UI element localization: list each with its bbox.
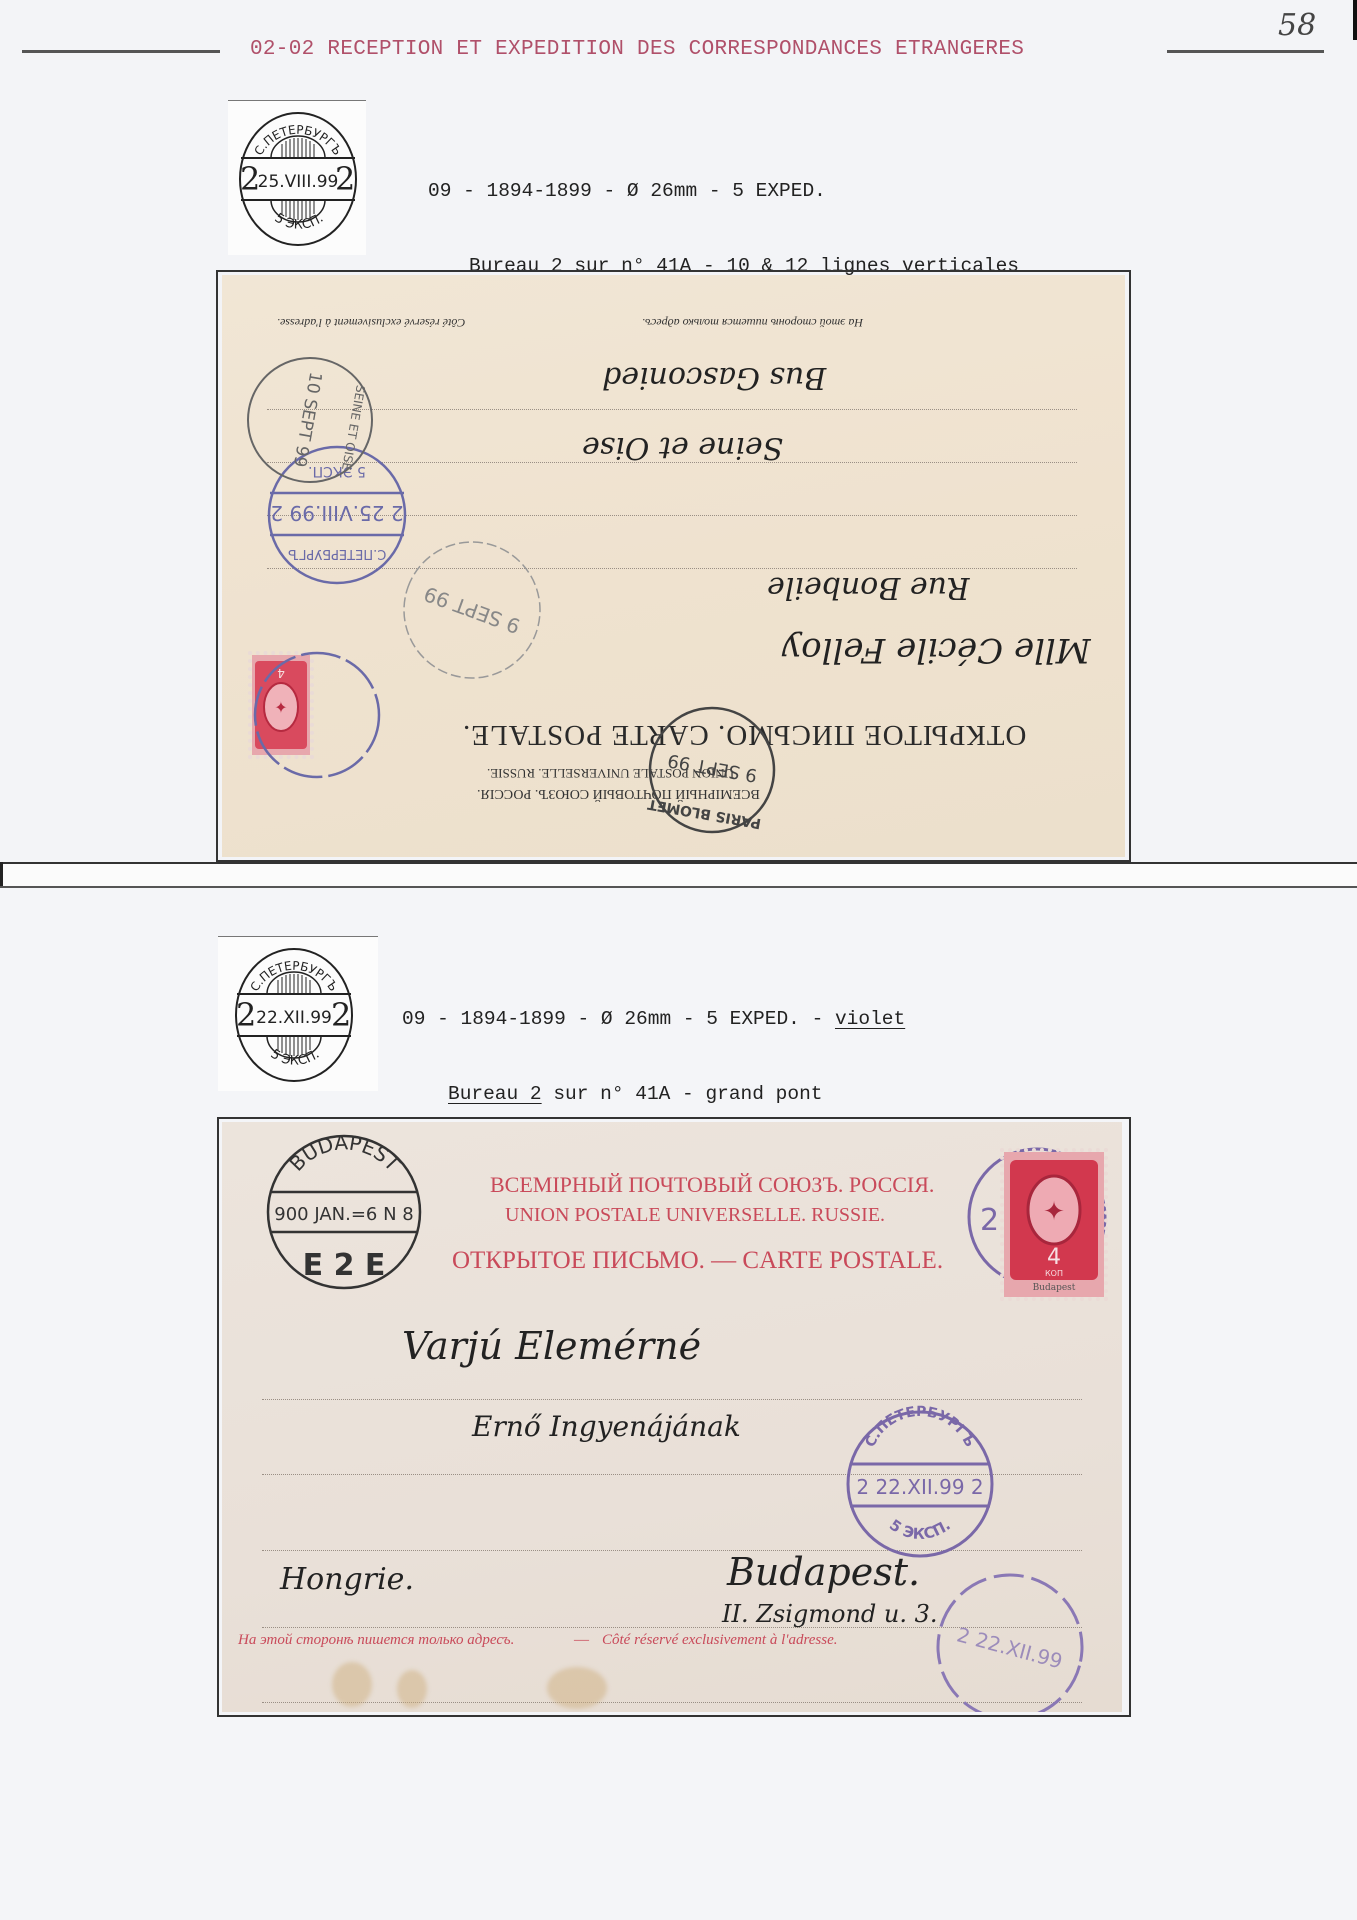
svg-text:E 2 E: E 2 E (303, 1248, 386, 1283)
album-page: 02-02 RECEPTION ET EXPEDITION DES CORRES… (0, 0, 1357, 1920)
svg-text:2 25.VIII.99 2: 2 25.VIII.99 2 (270, 501, 403, 525)
stain (547, 1667, 607, 1709)
handwritten-address: Ernő Ingyenájának (472, 1410, 741, 1443)
page-title: 02-02 RECEPTION ET EXPEDITION DES CORRES… (250, 38, 1024, 61)
svg-text:SEINE ET OISE: SEINE ET OISE (339, 384, 368, 471)
stain (397, 1670, 427, 1708)
postmark-illustration-1: С.ПЕТЕРБУРГЪ 5 ЭКСП. 2 25.VIII.99 2 (228, 100, 366, 255)
description-line: 09 - 1894-1899 - Ø 26mm - 5 EXPED. - vio… (402, 1007, 928, 1032)
description-line: Bureau 2 sur n° 41A - grand pont (402, 1082, 928, 1107)
svg-text:КОП: КОП (1045, 1269, 1063, 1278)
seine-et-oise-cancel-icon: SEINE ET OISE 10 SEPT 99 (240, 350, 380, 490)
postage-stamp-2: ✦ 4 КОП Budapest (1004, 1152, 1104, 1297)
postcard-1: На этой сторонѣ пишется только адресъ. C… (222, 275, 1125, 857)
svg-text:Budapest: Budapest (1033, 1283, 1076, 1293)
svg-text:22.XII.99: 22.XII.99 (256, 1008, 332, 1028)
postmark-icon: С.ПЕТЕРБУРГЪ 5 ЭКСП. 2 25.VIII.99 2 (236, 108, 360, 250)
transit-cancel-icon: 9 SEPT 99 (397, 535, 547, 685)
svg-text:5 ЭКСП.: 5 ЭКСП. (272, 211, 327, 233)
stamp-cancel-icon (247, 645, 387, 785)
svg-text:25.VIII.99: 25.VIII.99 (258, 172, 339, 192)
card-title: ОТКРЫТОЕ ПИСЬМО. — CARTE POSTALE. (452, 1247, 943, 1275)
card-footer-ru: На этой сторонѣ пишется только адресъ. (238, 1632, 514, 1649)
budapest-cancel-icon: BUDAPEST 900 JAN.=6 N 8 E 2 E (262, 1130, 427, 1295)
stain (332, 1662, 372, 1707)
header-rule-right (1167, 50, 1324, 53)
svg-text:10 SEPT 99: 10 SEPT 99 (289, 370, 325, 468)
postmark-icon: С.ПЕТЕРБУРГЪ 5 ЭКСП. 2 22.XII.99 2 (232, 944, 356, 1086)
imperial-eagle-stamp-icon: ✦ 4 КОП Budapest (1004, 1152, 1104, 1297)
svg-text:С.ПЕТЕРБУРГЪ: С.ПЕТЕРБУРГЪ (862, 1404, 977, 1450)
page-number: 58 (1278, 8, 1316, 43)
svg-text:2 22.XII.99 2: 2 22.XII.99 2 (856, 1475, 983, 1499)
postmark-illustration-2: С.ПЕТЕРБУРГЪ 5 ЭКСП. 2 22.XII.99 2 (218, 936, 378, 1091)
handwritten-address: Mlle Cécile Felloy (782, 630, 1091, 670)
svg-text:2 22.XII.99: 2 22.XII.99 (954, 1622, 1065, 1673)
card-footer-fr: Côté réservé exclusivement à l'adresse. (602, 1632, 838, 1649)
svg-text:900 JAN.=6 N 8: 900 JAN.=6 N 8 (274, 1204, 413, 1225)
paris-cancel-icon: PARIS BLOMET 9 SEPT 99 (642, 700, 782, 840)
svg-text:2: 2 (331, 996, 351, 1034)
scan-edge (1353, 0, 1357, 40)
handwritten-address: Seine et Oise (582, 430, 783, 465)
description-line: 09 - 1894-1899 - Ø 26mm - 5 EXPED. (428, 179, 1019, 204)
handwritten-address: II. Zsigmond u. 3. (722, 1600, 938, 1628)
svg-text:4: 4 (1047, 1245, 1061, 1270)
card-footer-fr: Côté réservé exclusivement à l'adresse. (277, 315, 465, 330)
handwritten-address: Rue Bonbeile (767, 570, 970, 605)
svg-text:BUDAPEST: BUDAPEST (284, 1130, 405, 1176)
svg-text:9 SEPT 99: 9 SEPT 99 (666, 749, 759, 785)
svg-text:2: 2 (236, 996, 256, 1034)
handwritten-address: Hongrie. (280, 1562, 414, 1597)
svg-text:5 ЭКСП.: 5 ЭКСП. (268, 1047, 323, 1069)
svg-text:PARIS BLOMET: PARIS BLOMET (646, 795, 762, 831)
svg-text:С.ПЕТЕРБУРГЪ: С.ПЕТЕРБУРГЪ (288, 546, 387, 561)
header-rule-left (22, 50, 220, 53)
sheet-divider (0, 862, 1357, 888)
faded-violet-cancel-icon: 2 22.XII.99 (930, 1567, 1090, 1712)
handwritten-address: Varjú Elemérné (402, 1324, 701, 1368)
card-footer-separator: — (574, 1632, 589, 1649)
svg-text:✦: ✦ (1043, 1197, 1065, 1227)
svg-text:2: 2 (980, 1203, 999, 1238)
svg-text:5 ЭКСП.: 5 ЭКСП. (886, 1516, 954, 1543)
postcard-2: ВСЕМІРНЫЙ ПОЧТОВЫЙ СОЮЗЪ. РОССІЯ. UNION … (222, 1122, 1122, 1712)
card-header-ru: ВСЕМІРНЫЙ ПОЧТОВЫЙ СОЮЗЪ. РОССІЯ. (490, 1172, 934, 1198)
st-petersburg-violet-cancel-icon: С.ПЕТЕРБУРГЪ 2 22.XII.99 2 5 ЭКСП. (840, 1404, 1000, 1564)
svg-text:2: 2 (335, 160, 355, 198)
handwritten-address: Bus Gasconied (602, 360, 826, 395)
card-header-fr: UNION POSTALE UNIVERSELLE. RUSSIE. (505, 1204, 885, 1227)
svg-text:9 SEPT 99: 9 SEPT 99 (421, 582, 524, 639)
card-footer-ru: На этой сторонѣ пишется только адресъ. (642, 315, 863, 330)
